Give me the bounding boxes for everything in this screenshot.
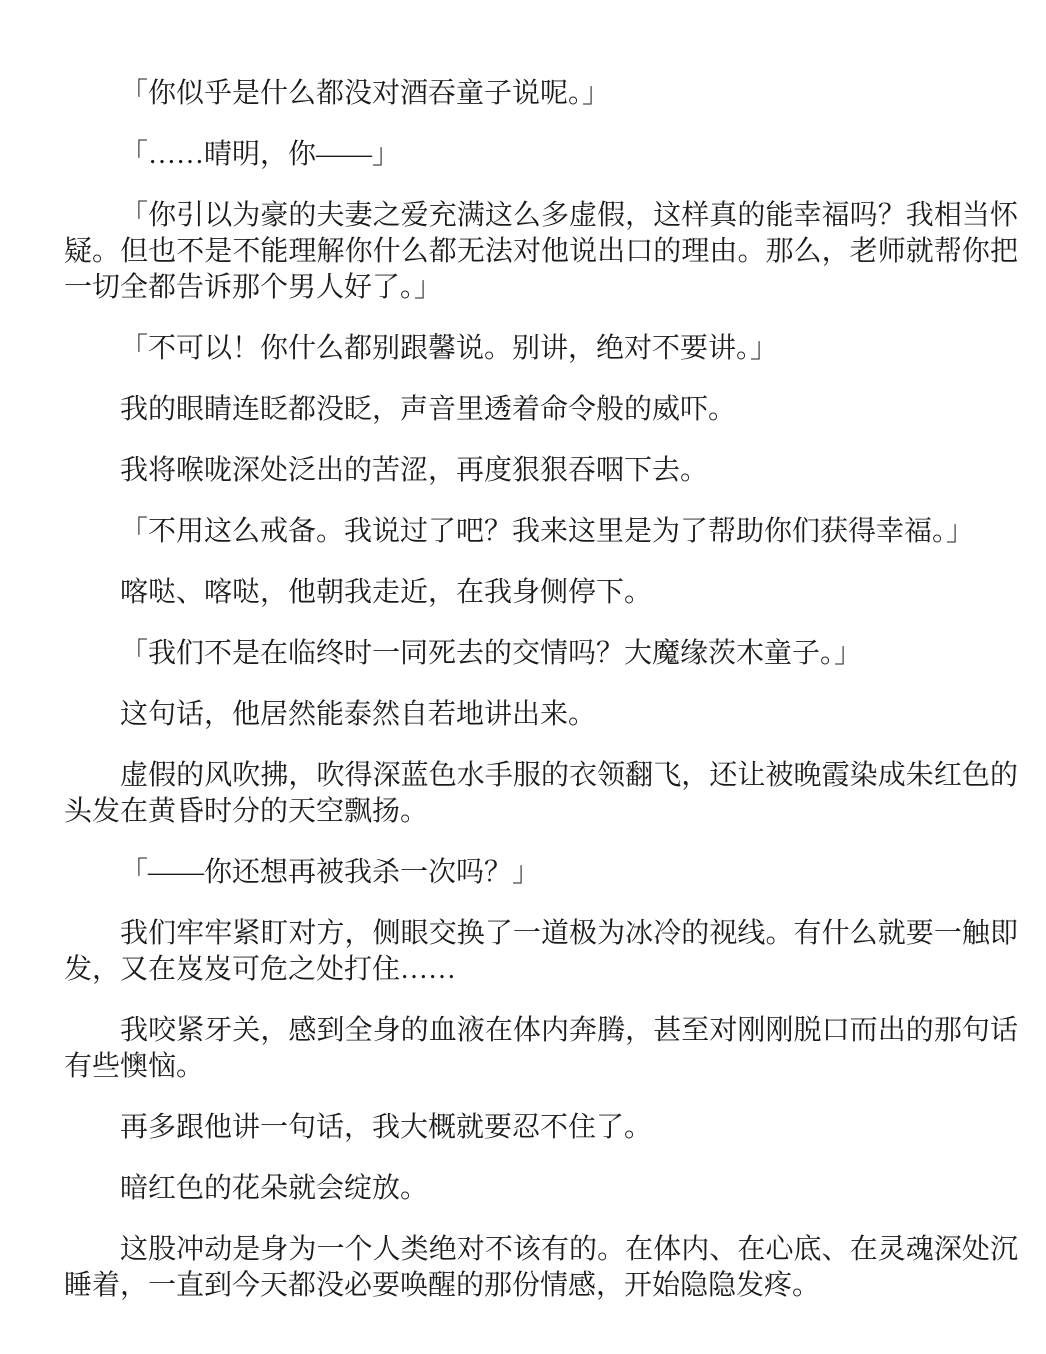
- paragraph: 「不用这么戒备。我说过了吧？我来这里是为了帮助你们获得幸福。」: [64, 514, 1018, 550]
- paragraph: 「我们不是在临终时一同死去的交情吗？大魔缘茨木童子。」: [64, 636, 1018, 672]
- paragraph: 喀哒、喀哒，他朝我走近，在我身侧停下。: [64, 575, 1018, 611]
- paragraph: 虚假的风吹拂，吹得深蓝色水手服的衣领翻飞，还让被晚霞染成朱红色的头发在黄昏时分的…: [64, 758, 1018, 830]
- paragraph: 我咬紧牙关，感到全身的血液在体内奔腾，甚至对刚刚脱口而出的那句话有些懊恼。: [64, 1013, 1018, 1085]
- paragraph: 暗红色的花朵就会绽放。: [64, 1171, 1018, 1207]
- paragraph: 这股冲动是身为一个人类绝对不该有的。在体内、在心底、在灵魂深处沉睡着，一直到今天…: [64, 1232, 1018, 1304]
- paragraph: 我的眼睛连眨都没眨，声音里透着命令般的威吓。: [64, 392, 1018, 428]
- novel-page: 「你似乎是什么都没对酒吞童子说呢。」 「……晴明，你——」 「你引以为豪的夫妻之…: [0, 0, 1046, 1354]
- paragraph: 「你引以为豪的夫妻之爱充满这么多虚假，这样真的能幸福吗？我相当怀疑。但也不是不能…: [64, 198, 1018, 306]
- paragraph: 「不可以！你什么都别跟馨说。别讲，绝对不要讲。」: [64, 331, 1018, 367]
- paragraph: 「……晴明，你——」: [64, 137, 1018, 173]
- paragraph: 这句话，他居然能泰然自若地讲出来。: [64, 697, 1018, 733]
- paragraph: 再多跟他讲一句话，我大概就要忍不住了。: [64, 1110, 1018, 1146]
- paragraph: 「——你还想再被我杀一次吗？」: [64, 855, 1018, 891]
- paragraph: 我将喉咙深处泛出的苦涩，再度狠狠吞咽下去。: [64, 453, 1018, 489]
- paragraph: 「你似乎是什么都没对酒吞童子说呢。」: [64, 76, 1018, 112]
- paragraph: 我们牢牢紧盯对方，侧眼交换了一道极为冰冷的视线。有什么就要一触即发，又在岌岌可危…: [64, 916, 1018, 988]
